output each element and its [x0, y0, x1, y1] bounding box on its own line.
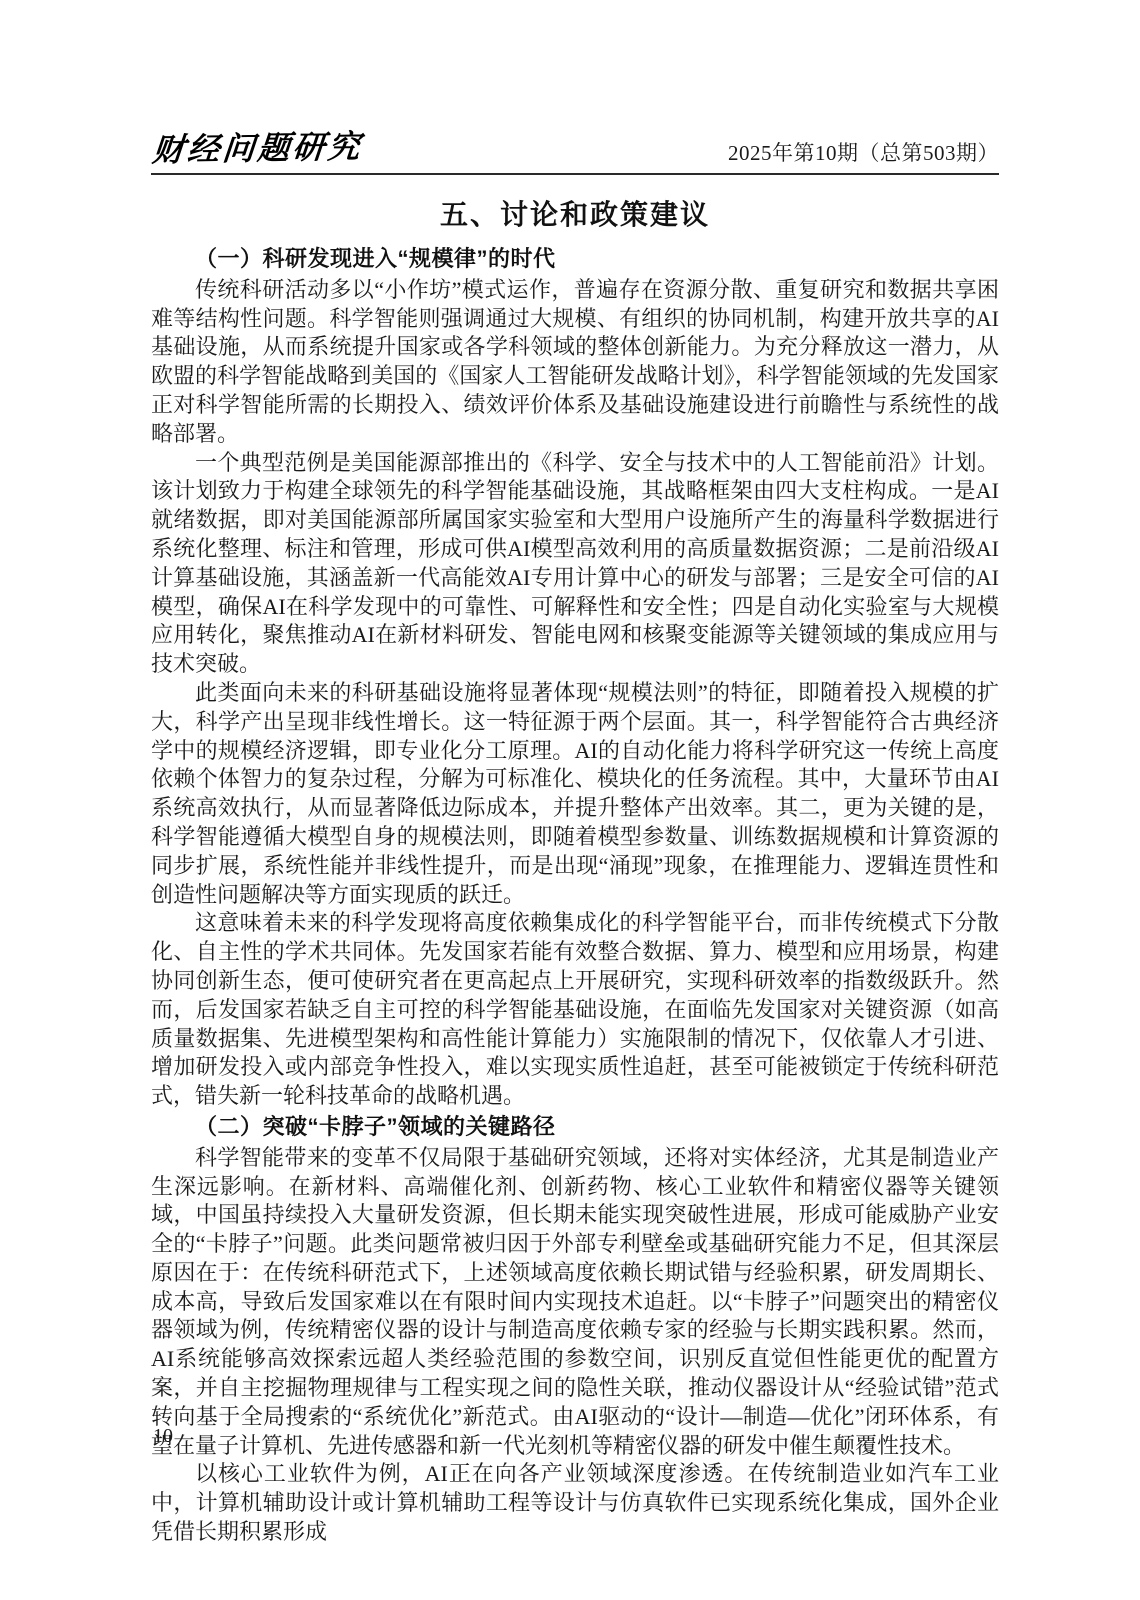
paragraph: 以核心工业软件为例，AI正在向各产业领域深度渗透。在传统制造业如汽车工业中，计算… [151, 1460, 999, 1546]
journal-page: 财经问题研究 2025年第10期（总第503期） 五、讨论和政策建议 （一）科研… [0, 0, 1140, 1600]
paragraph: 一个典型范例是美国能源部推出的《科学、安全与技术中的人工智能前沿》计划。该计划致… [151, 449, 999, 679]
section-heading-2: （二）突破“卡脖子”领域的关键路径 [151, 1113, 999, 1142]
issue-info: 2025年第10期（总第503期） [728, 143, 999, 166]
paragraph: 传统科研活动多以“小作坊”模式运作，普遍存在资源分散、重复研究和数据共享困难等结… [151, 276, 999, 449]
article-content: （一）科研发现进入“规模律”的时代 传统科研活动多以“小作坊”模式运作，普遍存在… [151, 245, 999, 1547]
journal-logo: 财经问题研究 [151, 130, 364, 166]
section-heading-1: （一）科研发现进入“规模律”的时代 [151, 245, 999, 274]
page-header: 财经问题研究 2025年第10期（总第503期） [151, 134, 999, 166]
article-title: 五、讨论和政策建议 [151, 195, 999, 235]
page-number: 10 [153, 1422, 173, 1450]
paragraph: 此类面向未来的科研基础设施将显著体现“规模法则”的特征，即随着投入规模的扩大，科… [151, 679, 999, 909]
header-rule [151, 173, 999, 175]
article-body: 五、讨论和政策建议 （一）科研发现进入“规模律”的时代 传统科研活动多以“小作坊… [151, 195, 999, 1547]
paragraph: 这意味着未来的科学发现将高度依赖集成化的科学智能平台，而非传统模式下分散化、自主… [151, 909, 999, 1111]
paragraph: 科学智能带来的变革不仅局限于基础研究领域，还将对实体经济，尤其是制造业产生深远影… [151, 1144, 999, 1461]
